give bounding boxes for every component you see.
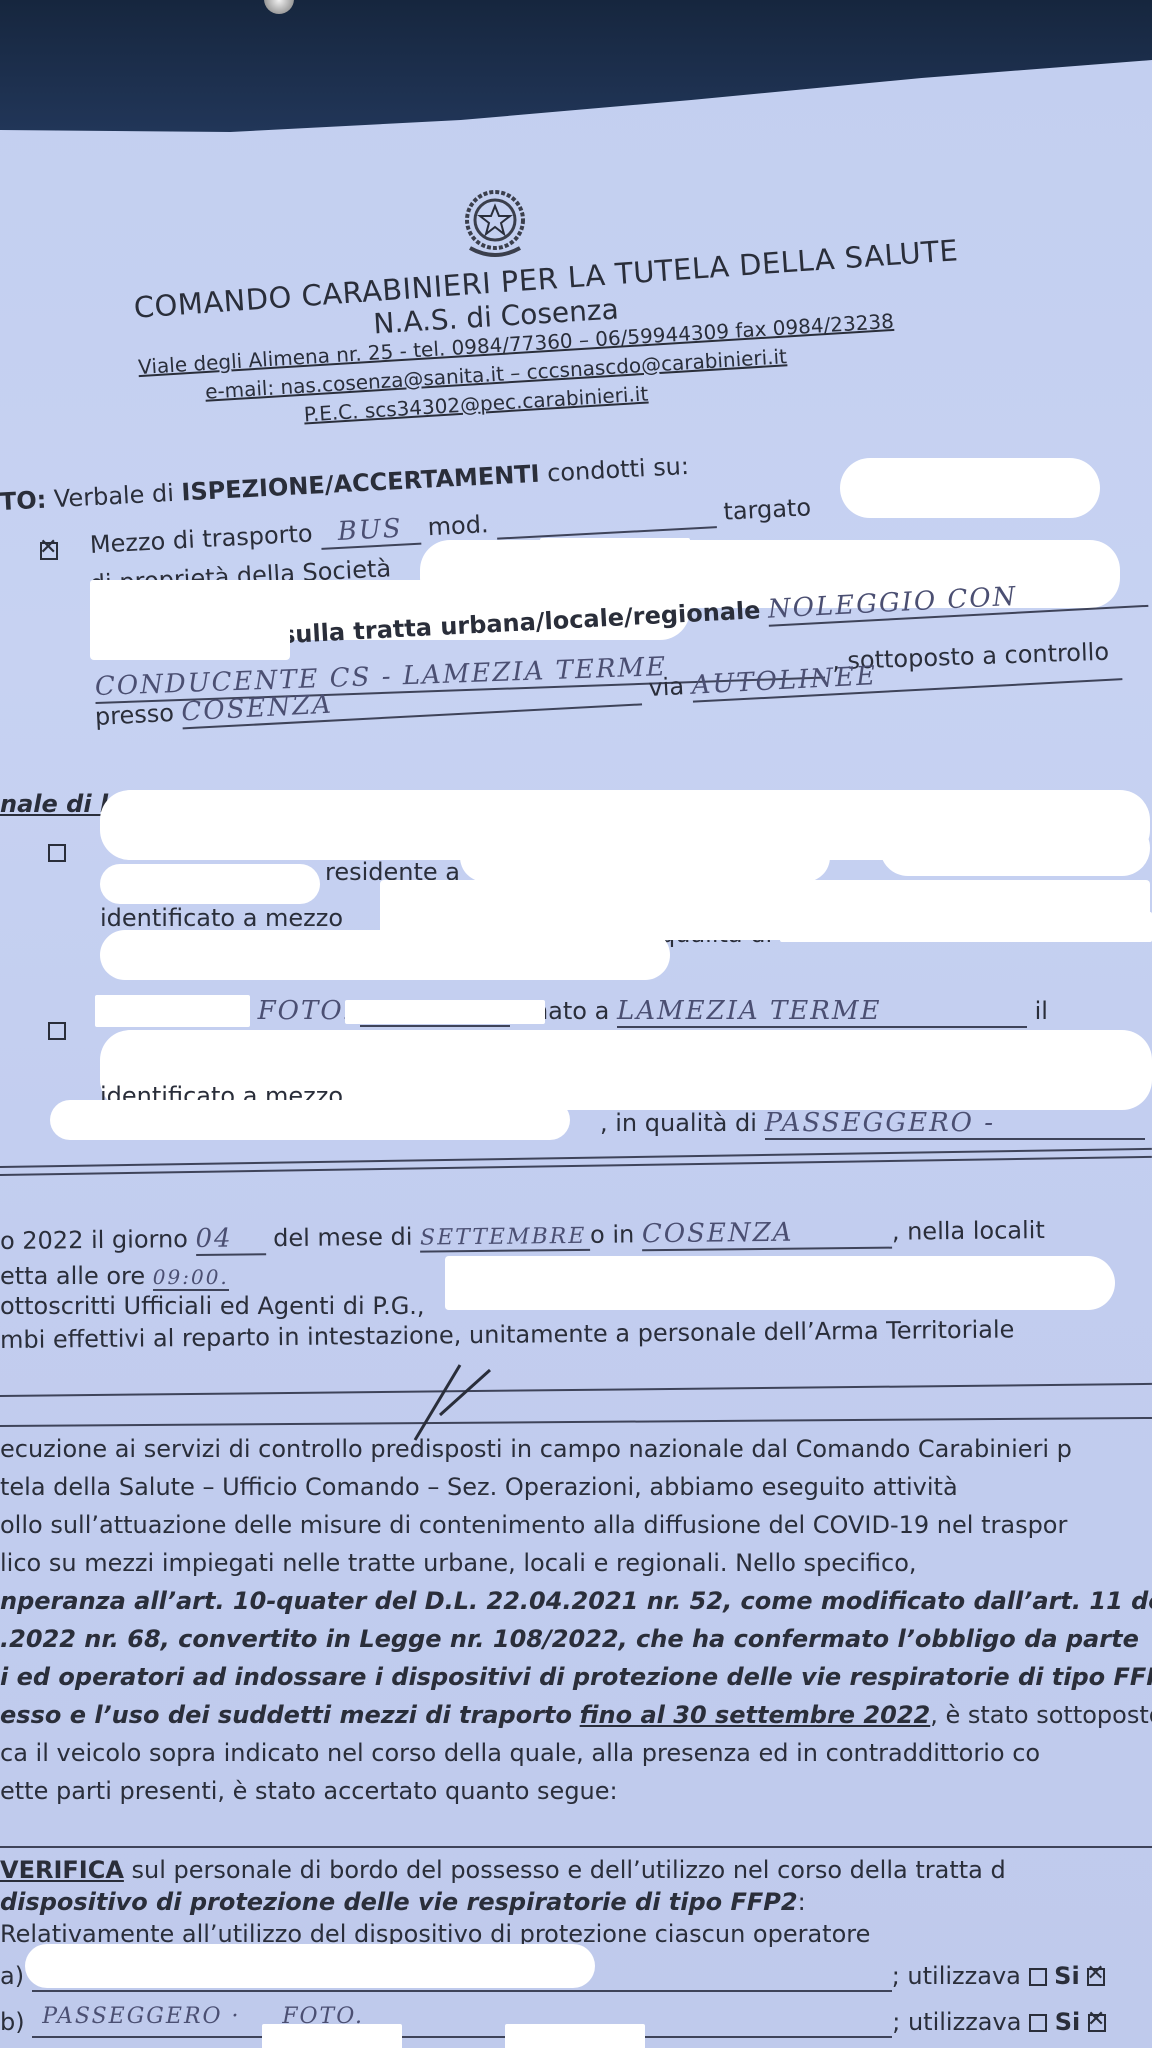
verifica-row: VERIFICA sul personale di bordo del poss…: [0, 1856, 1006, 1884]
redaction: [100, 864, 320, 904]
verifica-row-2: dispositivo di protezione delle vie resp…: [0, 1888, 806, 1916]
redaction: [840, 458, 1100, 518]
redaction: [262, 2024, 402, 2048]
divider: [0, 1846, 1152, 1848]
redaction: [505, 2024, 645, 2048]
identificato-label: identificato a mezzo: [100, 904, 343, 932]
redaction: [100, 930, 670, 980]
ore-row: etta alle ore 09:00.: [0, 1262, 229, 1290]
sottoscritti-row: ottoscritti Ufficiali ed Agenti di P.G.,: [0, 1292, 425, 1320]
no-checkbox[interactable]: [1088, 2014, 1106, 2032]
mezzo-value: BUS: [319, 513, 421, 550]
italian-republic-emblem-icon: [460, 186, 530, 262]
crew-2-checkbox[interactable]: [48, 1020, 66, 1040]
body-paragraph: ecuzione ai servizi di controllo predisp…: [0, 1430, 1152, 1810]
crew-1-checkbox[interactable]: [48, 842, 66, 862]
redaction: [90, 612, 290, 660]
si-checkbox[interactable]: [1029, 1968, 1047, 1986]
qualita-row: , in qualità di PASSEGGERO -: [600, 1108, 1145, 1140]
redaction: [445, 1256, 1115, 1310]
redaction: [460, 832, 830, 882]
redaction: [50, 1100, 570, 1140]
no-checkbox[interactable]: [1087, 1968, 1105, 1986]
redaction: [780, 912, 1152, 942]
redaction: [25, 1944, 595, 1988]
redaction: [880, 820, 1150, 876]
vehicle-checkbox[interactable]: [40, 540, 58, 560]
redaction: [95, 995, 250, 1027]
si-checkbox[interactable]: [1029, 2014, 1047, 2032]
redaction: [345, 1000, 545, 1024]
